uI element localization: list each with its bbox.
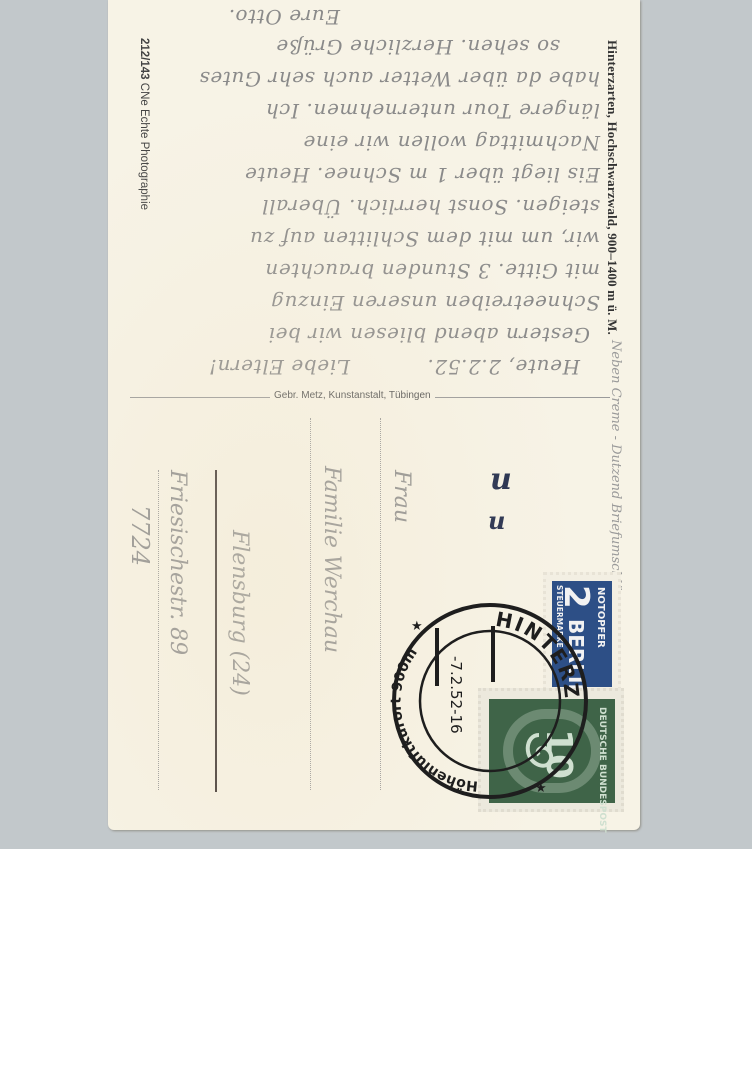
address-name: Familie Werchau bbox=[319, 466, 344, 653]
handwritten-message: Heute, 2.2.52. Liebe Eltern! Gestern abe… bbox=[130, 0, 600, 385]
postmark-cancellation: HINTERZARTEN Höhenluftkurort 900m -7.2.5… bbox=[385, 596, 595, 806]
card-center-divider bbox=[215, 470, 217, 792]
address-city: Flensburg (24) bbox=[227, 530, 252, 696]
star-icon: ★ bbox=[535, 781, 547, 796]
stamp-country-text: DEUTSCHE BUNDESPOST bbox=[597, 707, 607, 833]
message-line: Nachmittag wollen wir eine bbox=[303, 131, 600, 155]
postmark-date: -7.2.52-16 bbox=[447, 656, 465, 734]
address-line-dotted bbox=[380, 418, 381, 790]
message-line: Schneetreiben unseren Einzug bbox=[271, 291, 600, 315]
address-line-dotted bbox=[310, 418, 311, 790]
ink-mark: u bbox=[488, 506, 505, 535]
address-street: Friesischestr. 89 bbox=[165, 470, 190, 655]
star-icon: ★ bbox=[411, 619, 423, 634]
address-line-dotted bbox=[158, 470, 159, 790]
message-line: längere Tour unternehmen. Ich bbox=[265, 99, 600, 123]
publisher-credit: Gebr. Metz, Kunstanstalt, Tübingen bbox=[270, 390, 435, 401]
message-line: mit Gitte. 3 Stunden brauchten bbox=[265, 259, 600, 283]
message-date: Heute, 2.2.52. bbox=[427, 355, 580, 379]
svg-text:HINTERZARTEN: HINTERZARTEN bbox=[385, 596, 584, 701]
message-line: Eis liegt über 1 m Schnee. Heute bbox=[244, 163, 600, 187]
message-line: Liebe Eltern! bbox=[208, 355, 350, 379]
address-extra-mark: 7724 bbox=[126, 505, 154, 566]
message-line: steigen. Sonst herrlich. Überall bbox=[262, 195, 600, 219]
message-line: so sehen. Herzliche Grüße bbox=[276, 35, 560, 59]
message-line: wir, um mit dem Schlitten auf zu bbox=[250, 227, 600, 251]
message-line: Gestern abend bliesen wir bei bbox=[268, 323, 590, 347]
address-salutation: Frau bbox=[389, 470, 414, 523]
ink-mark: u bbox=[490, 462, 512, 497]
postmark-town: HINTERZARTEN bbox=[385, 596, 584, 701]
message-line: Eure Otto. bbox=[228, 5, 340, 29]
message-line: habe da über Wetter auch sehr Gutes bbox=[199, 67, 600, 91]
stamp-top-text: NOTOPFER bbox=[595, 587, 606, 648]
side-note: Neben Creme - Dutzend Briefumschläge bbox=[608, 340, 623, 607]
printed-title: Hinterzarten, Hochschwarzwald, 900–1400 … bbox=[604, 40, 620, 335]
